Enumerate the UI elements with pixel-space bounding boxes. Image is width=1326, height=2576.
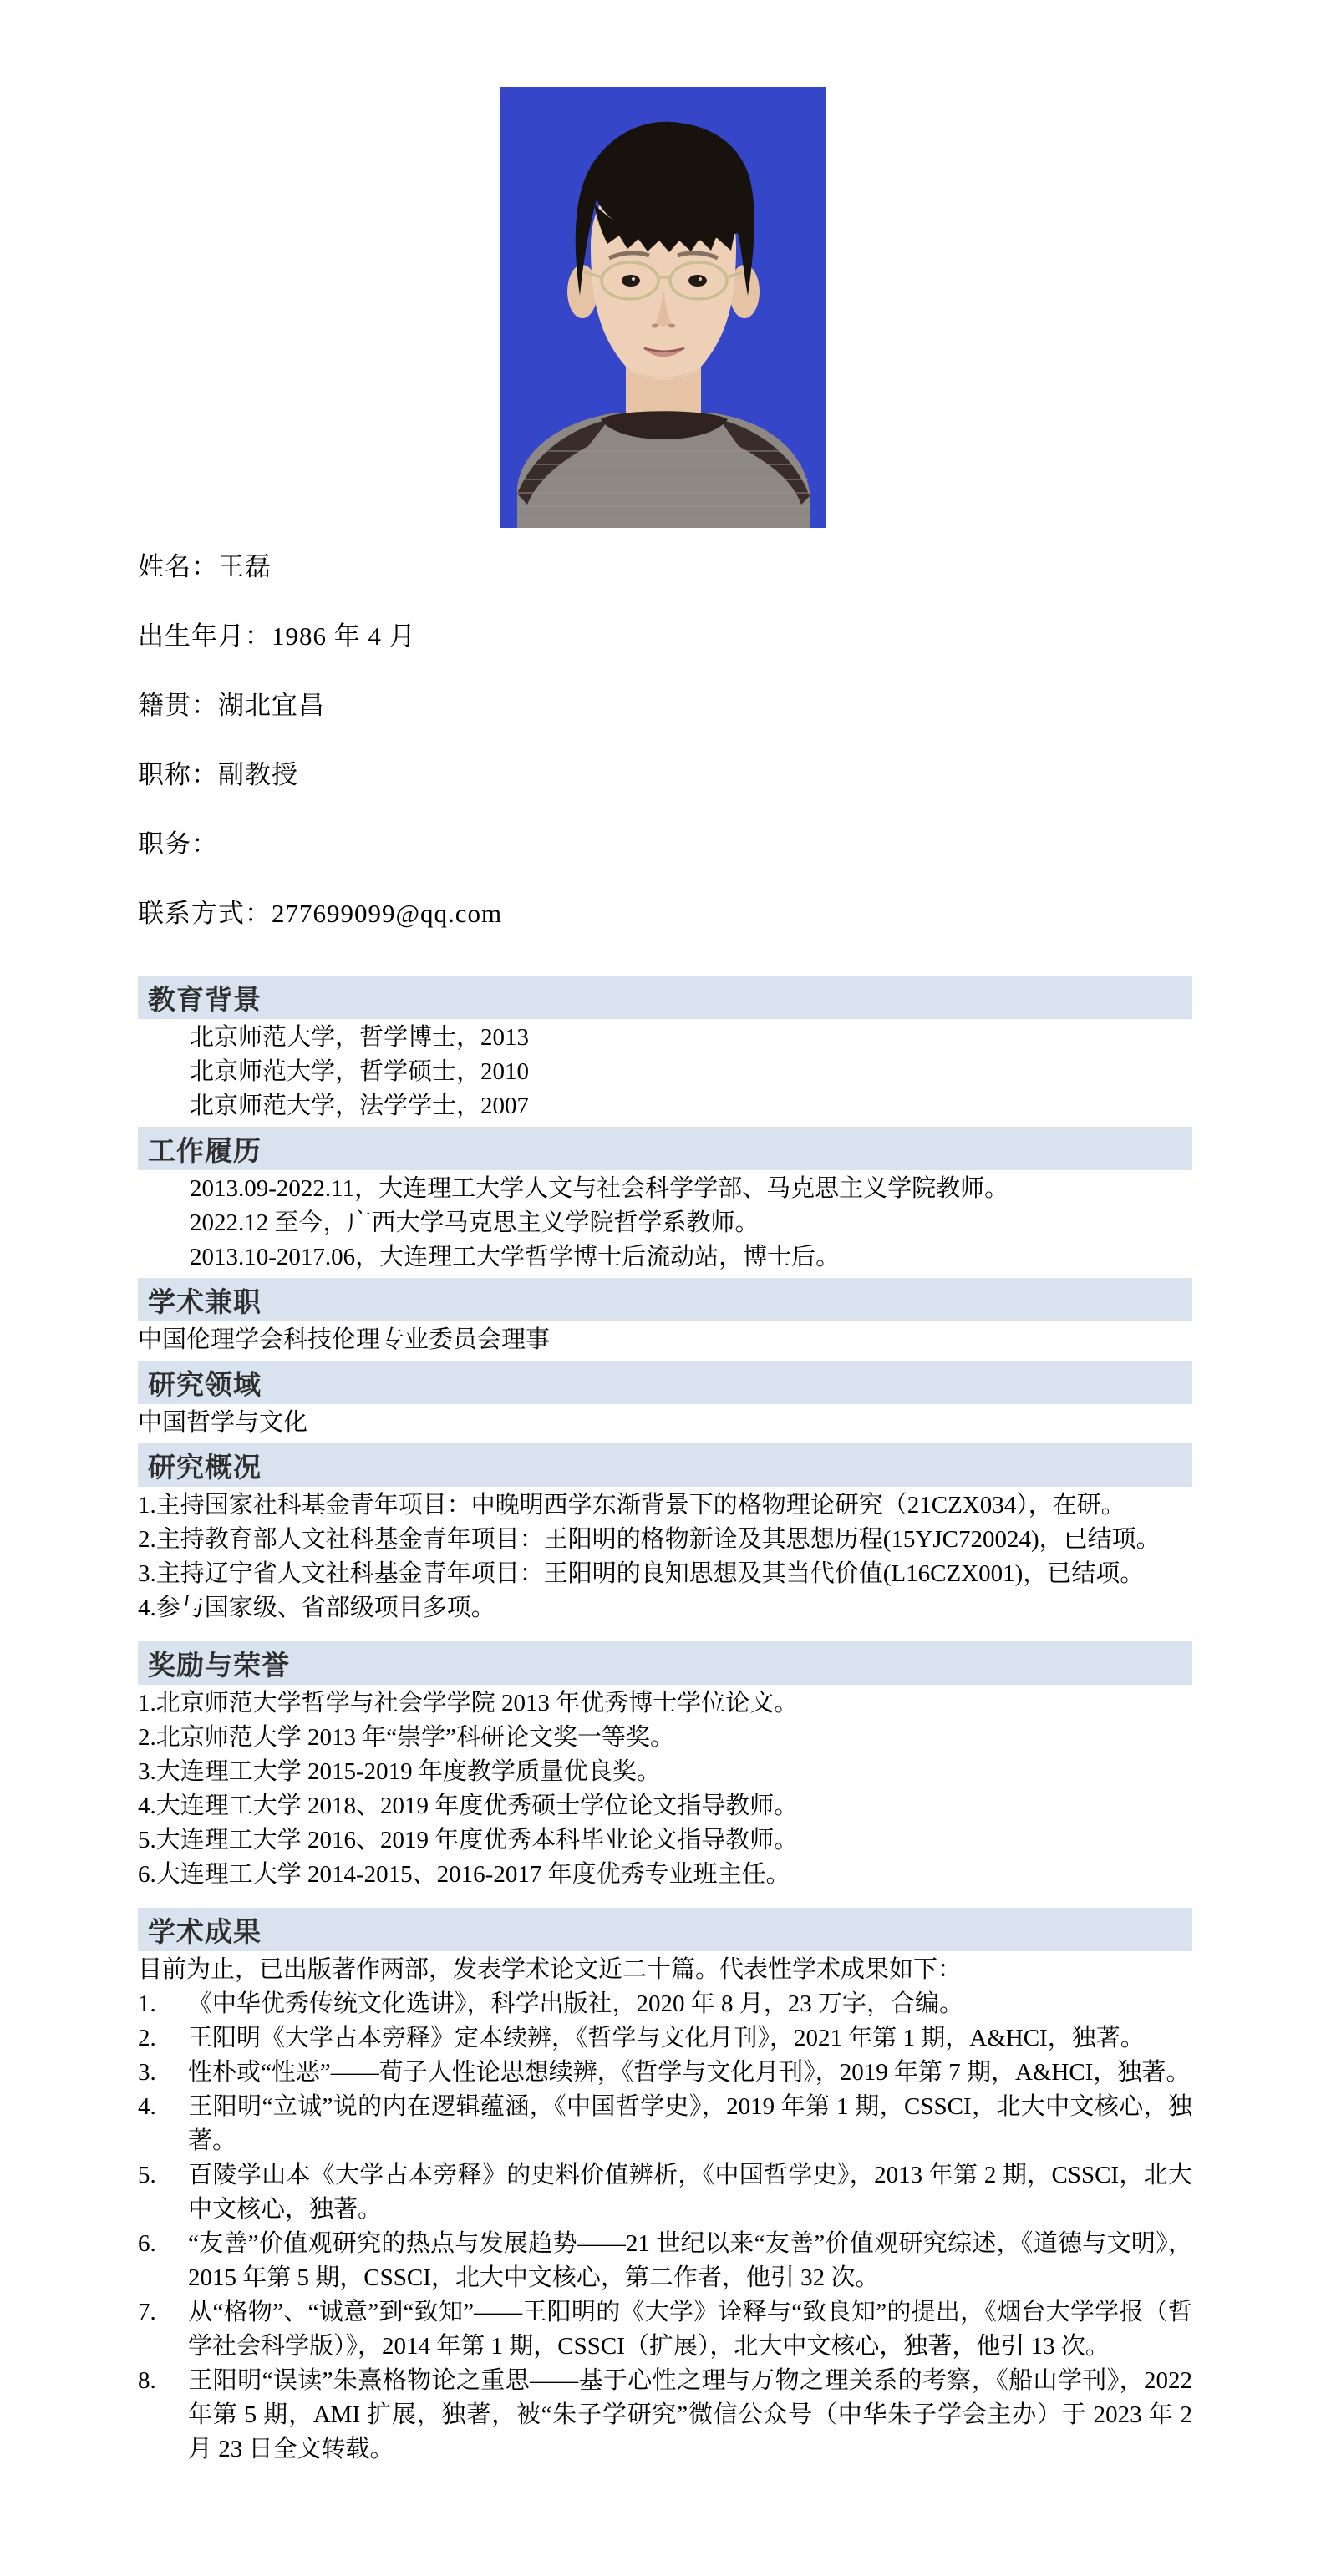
section-3: 学术兼职中国伦理学会科技伦理专业委员会理事: [138, 1278, 1192, 1361]
section-content: 中国哲学与文化: [138, 1404, 1192, 1443]
section-title: 学术成果: [148, 1910, 262, 1950]
publication-item-number: 4.: [138, 2090, 188, 2124]
profile-field: 籍贯：湖北宜昌: [138, 692, 1326, 719]
publication-item-number: 7.: [138, 2295, 188, 2330]
publication-item-text: 王阳明“立诚”说的内在逻辑蕴涵，《中国哲学史》，2019 年第 1 期，CSSC…: [188, 2093, 1192, 2154]
section-header-band: 奖励与荣誉: [138, 1641, 1192, 1685]
profile-field-value: 277699099@qq.com: [272, 899, 502, 928]
section-content: 2013.09-2022.11，大连理工大学人文与社会科学学部、马克思主义学院教…: [138, 1170, 1192, 1278]
portrait-photo: [500, 87, 826, 528]
left-eye-highlight: [632, 277, 635, 281]
publication-item: 5.百陵学山本《大学古本旁释》的史料价值辨析，《中国哲学史》，2013 年第 2…: [138, 2158, 1192, 2227]
content-line: 4.参与国家级、省部级项目多项。: [138, 1591, 1192, 1625]
content-line: 中国哲学与文化: [138, 1406, 1192, 1440]
content-line: 4.大连理工大学 2018、2019 年度优秀硕士学位论文指导教师。: [138, 1789, 1192, 1823]
left-nostril: [652, 324, 658, 328]
section-header-band: 工作履历: [138, 1127, 1192, 1170]
profile-field-label: 姓名：: [138, 552, 218, 581]
section-content: 1.主持国家社科基金青年项目：中晚明西学东渐背景下的格物理论研究（21CZX03…: [138, 1487, 1192, 1641]
content-line: 1.北京师范大学哲学与社会学学院 2013 年优秀博士学位论文。: [138, 1686, 1192, 1721]
right-nostril: [668, 324, 675, 328]
portrait-photo-svg: [500, 87, 826, 528]
section-4: 研究领域中国哲学与文化: [138, 1361, 1192, 1443]
publication-item-text: 百陵学山本《大学古本旁释》的史料价值辨析，《中国哲学史》，2013 年第 2 期…: [188, 2162, 1192, 2223]
content-line: 2022.12 至今，广西大学马克思主义学院哲学系教师。: [138, 1206, 1192, 1240]
section-title: 研究概况: [148, 1446, 262, 1485]
left-eye: [622, 275, 640, 287]
publication-item-text: 性朴或“性恶”——荀子人性论思想续辨，《哲学与文化月刊》，2019 年第 7 期…: [188, 2059, 1190, 2086]
publication-item-text: 《中华优秀传统文化选讲》，科学出版社，2020 年 8 月，23 万字，合编。: [188, 1990, 963, 2017]
publication-item-number: 8.: [138, 2364, 188, 2398]
section-content: 北京师范大学，哲学博士，2013北京师范大学，哲学硕士，2010北京师范大学，法…: [138, 1019, 1192, 1127]
profile-field: 职务：: [138, 830, 1326, 858]
content-line: 中国伦理学会科技伦理专业委员会理事: [138, 1323, 1192, 1357]
content-line: 2013.09-2022.11，大连理工大学人文与社会科学学部、马克思主义学院教…: [138, 1172, 1192, 1206]
section-content: 1.北京师范大学哲学与社会学学院 2013 年优秀博士学位论文。2.北京师范大学…: [138, 1685, 1192, 1908]
publication-item-number: 5.: [138, 2158, 188, 2193]
profile-field-label: 职称：: [138, 760, 218, 789]
profile-field: 出生年月：1986 年 4 月: [138, 622, 1326, 650]
sections-container: 教育背景北京师范大学，哲学博士，2013北京师范大学，哲学硕士，2010北京师范…: [138, 976, 1192, 2470]
content-line: 5.大连理工大学 2016、2019 年度优秀本科毕业论文指导教师。: [138, 1823, 1192, 1858]
section-header-band: 教育背景: [138, 976, 1192, 1019]
publication-item-number: 6.: [138, 2227, 188, 2261]
content-line: 1.主持国家社科基金青年项目：中晚明西学东渐背景下的格物理论研究（21CZX03…: [138, 1488, 1192, 1523]
profile-page: 姓名：王磊出生年月：1986 年 4 月籍贯：湖北宜昌职称：副教授职务：联系方式…: [0, 0, 1326, 2576]
publication-item: 2.王阳明《大学古本旁释》定本续辨，《哲学与文化月刊》，2021 年第 1 期，…: [138, 2021, 1192, 2056]
publication-item: 8.王阳明“误读”朱熹格物论之重思——基于心性之理与万物之理关系的考察，《船山学…: [138, 2364, 1192, 2467]
profile-field-label: 职务：: [138, 829, 218, 859]
publication-item-number: 1.: [138, 1987, 188, 2021]
content-line: 2013.10-2017.06，大连理工大学哲学博士后流动站，博士后。: [138, 1240, 1192, 1275]
profile-field-label: 出生年月：: [138, 621, 272, 651]
section-title: 奖励与荣誉: [148, 1644, 290, 1683]
right-eye: [688, 275, 707, 287]
profile-field: 职称：副教授: [138, 761, 1326, 789]
profile-field: 联系方式：277699099@qq.com: [138, 900, 1326, 927]
content-line: 北京师范大学，哲学硕士，2010: [138, 1055, 1192, 1089]
section-header-band: 学术兼职: [138, 1278, 1192, 1321]
publication-item: 6.“友善”价值观研究的热点与发展趋势——21 世纪以来“友善”价值观研究综述，…: [138, 2227, 1192, 2295]
profile-field-label: 联系方式：: [138, 899, 272, 928]
section-title: 工作履历: [148, 1129, 262, 1169]
right-eye-highlight: [699, 277, 702, 281]
profile-field-value: 副教授: [218, 760, 298, 789]
publication-item-number: 2.: [138, 2021, 188, 2056]
content-line: 3.大连理工大学 2015-2019 年度教学质量优良奖。: [138, 1755, 1192, 1789]
content-line: 6.大连理工大学 2014-2015、2016-2017 年度优秀专业班主任。: [138, 1858, 1192, 1892]
publication-item: 7.从“格物”、“诚意”到“致知”——王阳明的《大学》诠释与“致良知”的提出，《…: [138, 2295, 1192, 2364]
publication-item-text: 王阳明“误读”朱熹格物论之重思——基于心性之理与万物之理关系的考察，《船山学刊》…: [188, 2367, 1192, 2462]
section-content: 中国伦理学会科技伦理专业委员会理事: [138, 1321, 1192, 1361]
section-title: 教育背景: [148, 978, 262, 1017]
profile-field: 姓名：王磊: [138, 553, 1326, 581]
profile-field-value: 王磊: [218, 552, 272, 581]
section-7: 学术成果目前为止，已出版著作两部，发表学术论文近二十篇。代表性学术成果如下：1.…: [138, 1908, 1192, 2470]
publication-item: 1.《中华优秀传统文化选讲》，科学出版社，2020 年 8 月，23 万字，合编…: [138, 1987, 1192, 2021]
profile-field-value: 1986 年 4 月: [272, 621, 416, 651]
publication-item-text: 王阳明《大学古本旁释》定本续辨，《哲学与文化月刊》，2021 年第 1 期，A&…: [188, 2025, 1145, 2051]
section-6: 奖励与荣誉1.北京师范大学哲学与社会学学院 2013 年优秀博士学位论文。2.北…: [138, 1641, 1192, 1908]
profile-field-value: 湖北宜昌: [218, 691, 325, 720]
section-header-band: 学术成果: [138, 1908, 1192, 1951]
publication-item-number: 3.: [138, 2056, 188, 2090]
publication-item-text: “友善”价值观研究的热点与发展趋势——21 世纪以来“友善”价值观研究综述，《道…: [188, 2230, 1192, 2291]
publication-item: 4.王阳明“立诚”说的内在逻辑蕴涵，《中国哲学史》，2019 年第 1 期，CS…: [138, 2090, 1192, 2158]
content-line: 2.北京师范大学 2013 年“崇学”科研论文奖一等奖。: [138, 1721, 1192, 1755]
section-2: 工作履历2013.09-2022.11，大连理工大学人文与社会科学学部、马克思主…: [138, 1127, 1192, 1278]
profile-info: 姓名：王磊出生年月：1986 年 4 月籍贯：湖北宜昌职称：副教授职务：联系方式…: [138, 553, 1326, 927]
publication-item: 3.性朴或“性恶”——荀子人性论思想续辨，《哲学与文化月刊》，2019 年第 7…: [138, 2056, 1192, 2090]
section-title: 研究领域: [148, 1363, 262, 1402]
profile-field-label: 籍贯：: [138, 691, 218, 720]
section-1: 教育背景北京师范大学，哲学博士，2013北京师范大学，哲学硕士，2010北京师范…: [138, 976, 1192, 1127]
section-content: 目前为止，已出版著作两部，发表学术论文近二十篇。代表性学术成果如下：1.《中华优…: [138, 1951, 1192, 2470]
content-line: 北京师范大学，法学学士，2007: [138, 1089, 1192, 1123]
publications-intro: 目前为止，已出版著作两部，发表学术论文近二十篇。代表性学术成果如下：: [138, 1953, 1192, 1987]
section-5: 研究概况1.主持国家社科基金青年项目：中晚明西学东渐背景下的格物理论研究（21C…: [138, 1443, 1192, 1641]
section-header-band: 研究概况: [138, 1443, 1192, 1487]
content-line: 北京师范大学，哲学博士，2013: [138, 1021, 1192, 1055]
content-line: 3.主持辽宁省人文社科基金青年项目：王阳明的良知思想及其当代价值(L16CZX0…: [138, 1557, 1192, 1591]
publication-item-text: 从“格物”、“诚意”到“致知”——王阳明的《大学》诠释与“致良知”的提出，《烟台…: [188, 2299, 1192, 2360]
section-title: 学术兼职: [148, 1280, 262, 1320]
section-header-band: 研究领域: [138, 1361, 1192, 1404]
content-line: 2.主持教育部人文社科基金青年项目：王阳明的格物新诠及其思想历程(15YJC72…: [138, 1523, 1192, 1557]
